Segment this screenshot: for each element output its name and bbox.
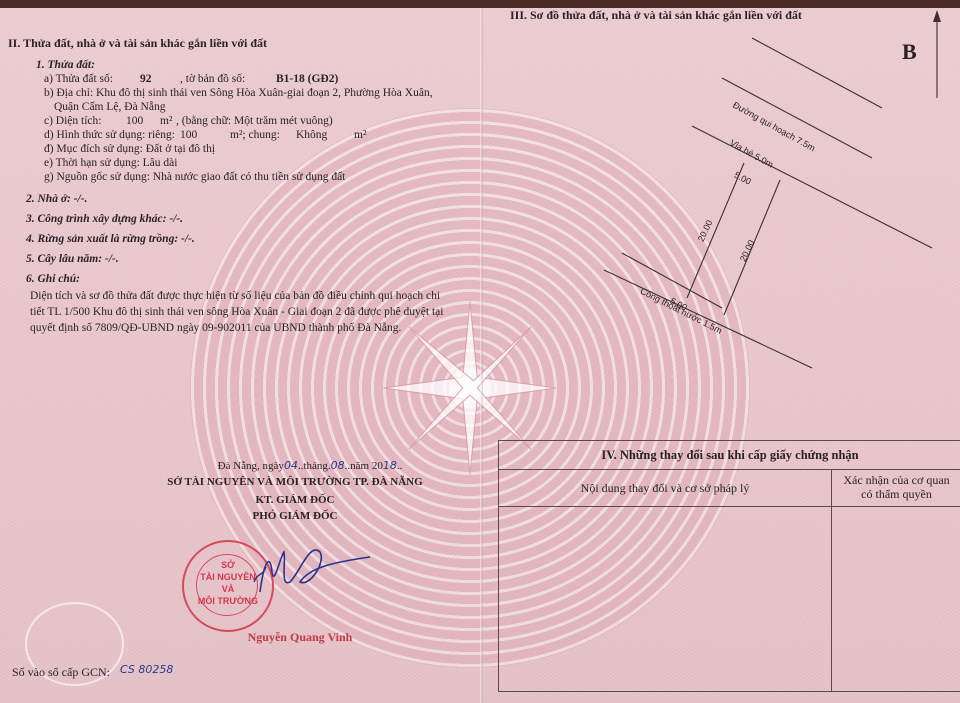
map-sheet-label: , tờ bản đồ số: — [180, 72, 245, 86]
changes-table-header: Nội dung thay đổi và cơ sở pháp lý Xác n… — [499, 470, 960, 507]
shared-label: m²; chung: — [230, 128, 280, 142]
parcel-diagram — [482, 8, 960, 428]
section-4-title: IV. Những thay đổi sau khi cấp giấy chứn… — [499, 441, 960, 470]
registry-number: CS 80258 — [120, 663, 173, 677]
signer-name: Nguyễn Quang Vinh — [200, 630, 400, 645]
column-confirmation-line-2: có thẩm quyền — [832, 487, 960, 501]
usage-form-label: d) Hình thức sử dụng: riêng: — [44, 128, 175, 142]
registry-label: Số vào sổ cấp GCN: — [12, 665, 110, 679]
perennial-item: 5. Cây lâu năm: -/-. — [26, 252, 119, 266]
shared-unit: m² — [354, 128, 366, 142]
notes-text: Diện tích và sơ đồ thửa đất được thực hi… — [30, 288, 450, 336]
house-item: 2. Nhà ở: -/-. — [26, 192, 87, 206]
month-label: tháng — [303, 460, 327, 472]
map-sheet-number: B1-18 (GĐ2) — [276, 72, 338, 86]
usage-purpose: đ) Mục đích sử dụng: Đất ở tại đô thị — [44, 142, 215, 156]
issuing-agency: SỞ TÀI NGUYÊN VÀ MÔI TRƯỜNG TP. ĐÀ NẴNG — [140, 476, 450, 488]
date-month: 08 — [331, 459, 345, 472]
signer-role-2: PHÓ GIÁM ĐỐC — [160, 510, 430, 522]
confirmation-cell — [832, 507, 960, 691]
area-label: c) Diện tích: — [44, 114, 101, 128]
section-2-title: II. Thửa đất, nhà ở và tài sản khác gắn … — [8, 36, 267, 50]
handwritten-signature-icon — [240, 532, 380, 602]
north-arrow-icon — [933, 10, 941, 22]
change-content-cell — [499, 507, 832, 691]
address-line-1: b) Địa chỉ: Khu đô thị sinh thái ven Sôn… — [44, 86, 433, 100]
date-year: 18 — [383, 459, 397, 472]
parcel-number: 92 — [140, 72, 152, 86]
certificate-sheet: II. Thửa đất, nhà ở và tài sản khác gắn … — [0, 8, 960, 703]
changes-table: IV. Những thay đổi sau khi cấp giấy chứn… — [498, 440, 960, 692]
date-day: 04 — [284, 459, 298, 472]
column-change-content: Nội dung thay đổi và cơ sở pháp lý — [499, 470, 832, 506]
changes-table-body — [499, 507, 960, 691]
column-confirmation-line-1: Xác nhận của cơ quan — [832, 473, 960, 487]
private-area: 100 — [180, 128, 197, 142]
area-unit: m² — [160, 114, 172, 128]
shared-value: Không — [296, 128, 327, 142]
date-line: Đà Nẵng, ngày04..tháng.08..năm 2018.. — [160, 459, 460, 472]
year-label: năm 20 — [350, 460, 383, 472]
area-value: 100 — [126, 114, 143, 128]
parcel-label: a) Thửa đất số: — [44, 72, 113, 86]
column-confirmation: Xác nhận của cơ quan có thẩm quyền — [832, 470, 960, 506]
north-label: B — [902, 40, 917, 64]
land-heading: 1. Thửa đất: — [36, 58, 95, 72]
area-in-words: , (bằng chữ: Một trăm mét vuông) — [176, 114, 333, 128]
forest-item: 4. Rừng sản xuất là rừng trồng: -/-. — [26, 232, 195, 246]
address-line-2: Quận Cẩm Lệ, Đà Nẵng — [54, 100, 165, 114]
date-prefix: Đà Nẵng, ngày — [218, 460, 284, 472]
left-page: II. Thửa đất, nhà ở và tài sản khác gắn … — [0, 22, 482, 703]
notes-heading: 6. Ghi chú: — [26, 272, 80, 286]
usage-term: e) Thời hạn sử dụng: Lâu dài — [44, 156, 177, 170]
other-construction-item: 3. Công trình xây dựng khác: -/-. — [26, 212, 183, 226]
usage-origin: g) Nguồn gốc sử dụng: Nhà nước giao đất … — [44, 170, 345, 184]
signer-role-1: KT. GIÁM ĐỐC — [160, 494, 430, 506]
